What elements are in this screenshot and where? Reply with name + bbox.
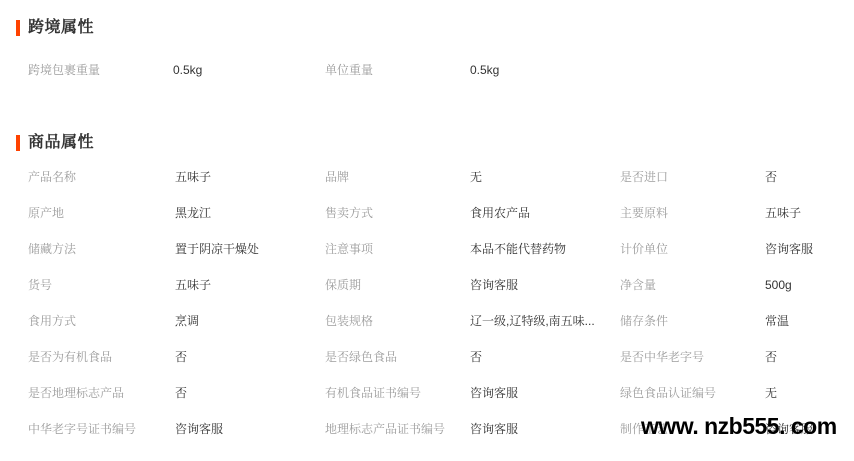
attr-pair: 是否进口否 [620, 159, 854, 195]
cross-border-attr-row: 跨境包裹重量 0.5kg 单位重量 0.5kg [0, 52, 854, 88]
attr-label: 食用方式 [28, 303, 175, 339]
attr-label: 有机食品证书编号 [325, 375, 470, 411]
attr-pair: 绿色食品认证编号无 [620, 375, 854, 411]
attr-value: 咨询客服 [470, 411, 518, 447]
section-title: 跨境属性 [28, 20, 94, 36]
attr-pair: 净含量500g [620, 267, 854, 303]
attr-pair: 中华老字号证书编号咨询客服 [28, 411, 325, 447]
attr-value: 咨询客服 [175, 411, 223, 447]
attr-value: 常温 [765, 303, 789, 339]
cross-border-attributes-section: 跨境属性 跨境包裹重量 0.5kg 单位重量 0.5kg [0, 0, 854, 88]
attr-label: 地理标志产品证书编号 [325, 411, 470, 447]
attr-label: 计价单位 [620, 231, 765, 267]
attr-pair: 储藏方法置于阴凉干燥处 [28, 231, 325, 267]
attr-label: 中华老字号证书编号 [28, 411, 175, 447]
attr-value: 否 [765, 339, 777, 375]
attr-value: 0.5kg [173, 52, 202, 88]
attr-value: 五味子 [765, 195, 801, 231]
attr-label: 是否进口 [620, 159, 765, 195]
attr-value: 500g [765, 267, 792, 303]
product-section-header: 商品属性 [0, 135, 854, 151]
attr-label: 跨境包裹重量 [28, 52, 173, 88]
attr-pair: 是否为有机食品否 [28, 339, 325, 375]
attr-label: 单位重量 [325, 52, 470, 88]
attr-pair: 跨境包裹重量 0.5kg [28, 52, 325, 88]
attr-value: 辽一级,辽特级,南五味... [470, 303, 595, 339]
attr-pair: 注意事项本品不能代替药物 [325, 231, 620, 267]
attr-value: 食用农产品 [470, 195, 530, 231]
attr-pair: 货号五味子 [28, 267, 325, 303]
attr-value: 无 [470, 159, 482, 195]
attr-value: 烹调 [175, 303, 199, 339]
attr-label: 储存条件 [620, 303, 765, 339]
attr-label: 是否中华老字号 [620, 339, 765, 375]
attr-label: 原产地 [28, 195, 175, 231]
attr-pair: 是否绿色食品否 [325, 339, 620, 375]
section-title: 商品属性 [28, 135, 94, 151]
attr-pair: 是否中华老字号否 [620, 339, 854, 375]
attr-label: 储藏方法 [28, 231, 175, 267]
attr-pair: 是否地理标志产品否 [28, 375, 325, 411]
attr-pair: 包装规格辽一级,辽特级,南五味... [325, 303, 620, 339]
attr-label: 品牌 [325, 159, 470, 195]
attr-pair: 品牌无 [325, 159, 620, 195]
attr-label: 绿色食品认证编号 [620, 375, 765, 411]
watermark-text: www. nzb555. com [641, 413, 837, 440]
attr-label: 售卖方式 [325, 195, 470, 231]
attr-label: 注意事项 [325, 231, 470, 267]
attr-label: 是否地理标志产品 [28, 375, 175, 411]
attr-value: 否 [175, 375, 187, 411]
section-accent-bar [16, 135, 20, 151]
attr-value: 无 [765, 375, 777, 411]
attr-label: 净含量 [620, 267, 765, 303]
attr-value: 否 [175, 339, 187, 375]
attr-pair: 产品名称五味子 [28, 159, 325, 195]
attr-pair: 原产地黑龙江 [28, 195, 325, 231]
attr-value: 否 [470, 339, 482, 375]
attr-value: 黑龙江 [175, 195, 211, 231]
attr-value: 0.5kg [470, 52, 499, 88]
cross-border-section-header: 跨境属性 [0, 20, 854, 36]
section-accent-bar [16, 20, 20, 36]
attr-label: 产品名称 [28, 159, 175, 195]
attr-pair: 售卖方式食用农产品 [325, 195, 620, 231]
product-attr-grid: 产品名称五味子 品牌无 是否进口否 原产地黑龙江 售卖方式食用农产品 主要原料五… [0, 159, 854, 447]
attr-pair: 主要原料五味子 [620, 195, 854, 231]
attr-label: 主要原料 [620, 195, 765, 231]
attr-value: 咨询客服 [470, 267, 518, 303]
attr-value: 咨询客服 [470, 375, 518, 411]
attr-pair: 储存条件常温 [620, 303, 854, 339]
attr-pair: 地理标志产品证书编号咨询客服 [325, 411, 620, 447]
attr-value: 五味子 [175, 159, 211, 195]
attr-pair: 保质期咨询客服 [325, 267, 620, 303]
attr-label: 包装规格 [325, 303, 470, 339]
attr-value: 本品不能代替药物 [470, 231, 566, 267]
attr-label: 保质期 [325, 267, 470, 303]
attr-pair: 计价单位咨询客服 [620, 231, 854, 267]
attr-label: 是否为有机食品 [28, 339, 175, 375]
product-attributes-section: 商品属性 产品名称五味子 品牌无 是否进口否 原产地黑龙江 售卖方式食用农产品 … [0, 135, 854, 447]
attr-value: 置于阴凉干燥处 [175, 231, 259, 267]
attr-pair: 单位重量 0.5kg [325, 52, 499, 88]
attr-value: 五味子 [175, 267, 211, 303]
attr-pair: 食用方式烹调 [28, 303, 325, 339]
attr-value: 咨询客服 [765, 231, 813, 267]
attr-label: 是否绿色食品 [325, 339, 470, 375]
attr-pair: 有机食品证书编号咨询客服 [325, 375, 620, 411]
attr-value: 否 [765, 159, 777, 195]
attr-label: 货号 [28, 267, 175, 303]
